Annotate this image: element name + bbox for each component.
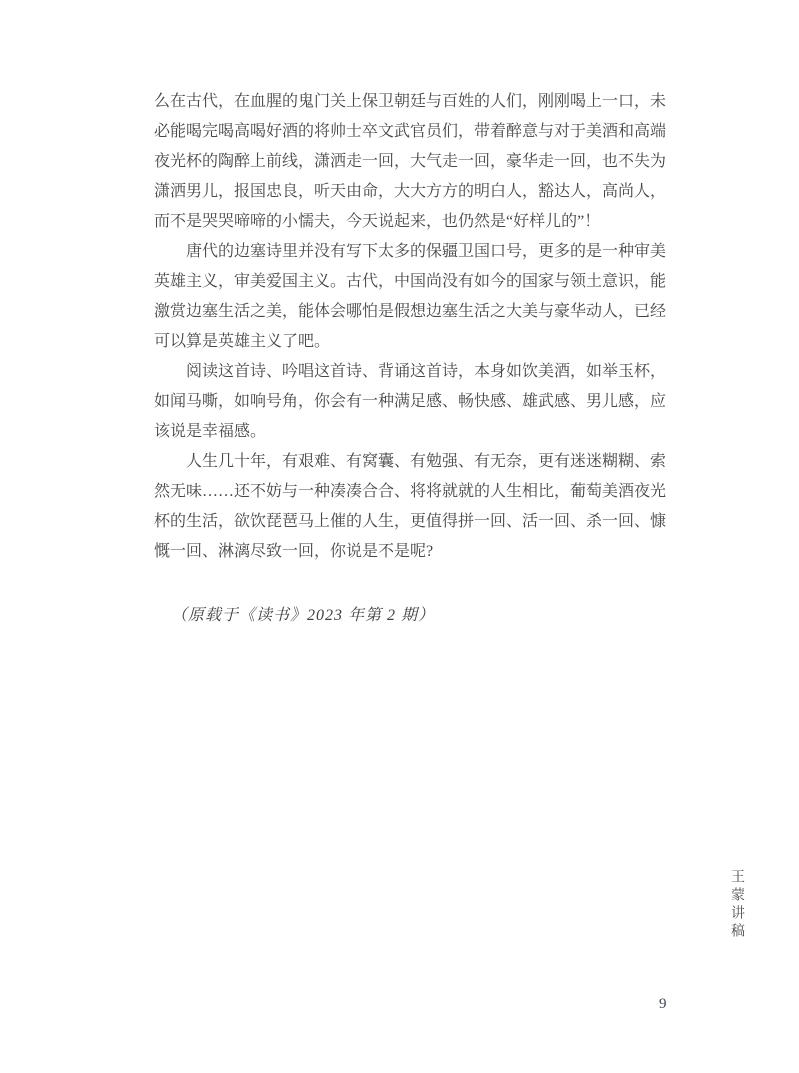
- text-line: 然无味……还不妨与一种凑凑合合、将将就就的人生相比，葡萄美酒夜光: [154, 477, 666, 507]
- book-page: 么在古代，在血腥的鬼门关上保卫朝廷与百姓的人们，刚刚喝上一口，未必能喝完喝高喝好…: [0, 0, 799, 1073]
- text-line: 该说是幸福感。: [154, 417, 666, 447]
- paragraph: 阅读这首诗、吟唱这首诗、背诵这首诗，本身如饮美酒，如举玉杯，如闻马嘶，如响号角，…: [154, 357, 666, 447]
- text-line: 必能喝完喝高喝好酒的将帅士卒文武官员们，带着醉意与对于美酒和高端: [154, 117, 666, 147]
- text-line: 么在古代，在血腥的鬼门关上保卫朝廷与百姓的人们，刚刚喝上一口，未: [154, 87, 666, 117]
- text-line: 杯的生活，欲饮琵琶马上催的人生，更值得拼一回、活一回、杀一回、慷: [154, 507, 666, 537]
- paragraph: 唐代的边塞诗里并没有写下太多的保疆卫国口号，更多的是一种审美英雄主义，审美爱国主…: [154, 237, 666, 357]
- text-block: 么在古代，在血腥的鬼门关上保卫朝廷与百姓的人们，刚刚喝上一口，未必能喝完喝高喝好…: [154, 87, 666, 631]
- text-line: 人生几十年，有艰难、有窝囊、有勉强、有无奈，更有迷迷糊糊、索: [154, 447, 666, 477]
- text-line: 阅读这首诗、吟唱这首诗、背诵这首诗，本身如饮美酒，如举玉杯，: [154, 357, 666, 387]
- text-line: 唐代的边塞诗里并没有写下太多的保疆卫国口号，更多的是一种审美: [154, 237, 666, 267]
- text-line: 而不是哭哭啼啼的小懦夫，今天说起来，也仍然是“好样儿的”！: [154, 207, 666, 237]
- text-line: 夜光杯的陶醉上前线，潇洒走一回，大气走一回，豪华走一回，也不失为: [154, 147, 666, 177]
- text-line: 慨一回、淋漓尽致一回，你说是不是呢?: [154, 537, 666, 567]
- edge-label-vertical: 王蒙讲稿: [726, 869, 746, 941]
- text-line: 如闻马嘶，如响号角，你会有一种满足感、畅快感、雄武感、男儿感，应: [154, 387, 666, 417]
- page-number: 9: [659, 995, 667, 1013]
- text-line: 可以算是英雄主义了吧。: [154, 327, 666, 357]
- text-line: 英雄主义，审美爱国主义。古代，中国尚没有如今的国家与领土意识，能: [154, 267, 666, 297]
- paragraph: 么在古代，在血腥的鬼门关上保卫朝廷与百姓的人们，刚刚喝上一口，未必能喝完喝高喝好…: [154, 87, 666, 237]
- text-line: 激赏边塞生活之美，能体会哪怕是假想边塞生活之大美与豪华动人，已经: [154, 297, 666, 327]
- source-citation: （原载于《读书》2023 年第 2 期）: [154, 601, 666, 631]
- paragraph: 人生几十年，有艰难、有窝囊、有勉强、有无奈，更有迷迷糊糊、索然无味……还不妨与一…: [154, 447, 666, 567]
- text-line: 潇洒男儿，报国忠良，听天由命，大大方方的明白人，豁达人，高尚人，: [154, 177, 666, 207]
- paragraph-container: 么在古代，在血腥的鬼门关上保卫朝廷与百姓的人们，刚刚喝上一口，未必能喝完喝高喝好…: [154, 87, 666, 567]
